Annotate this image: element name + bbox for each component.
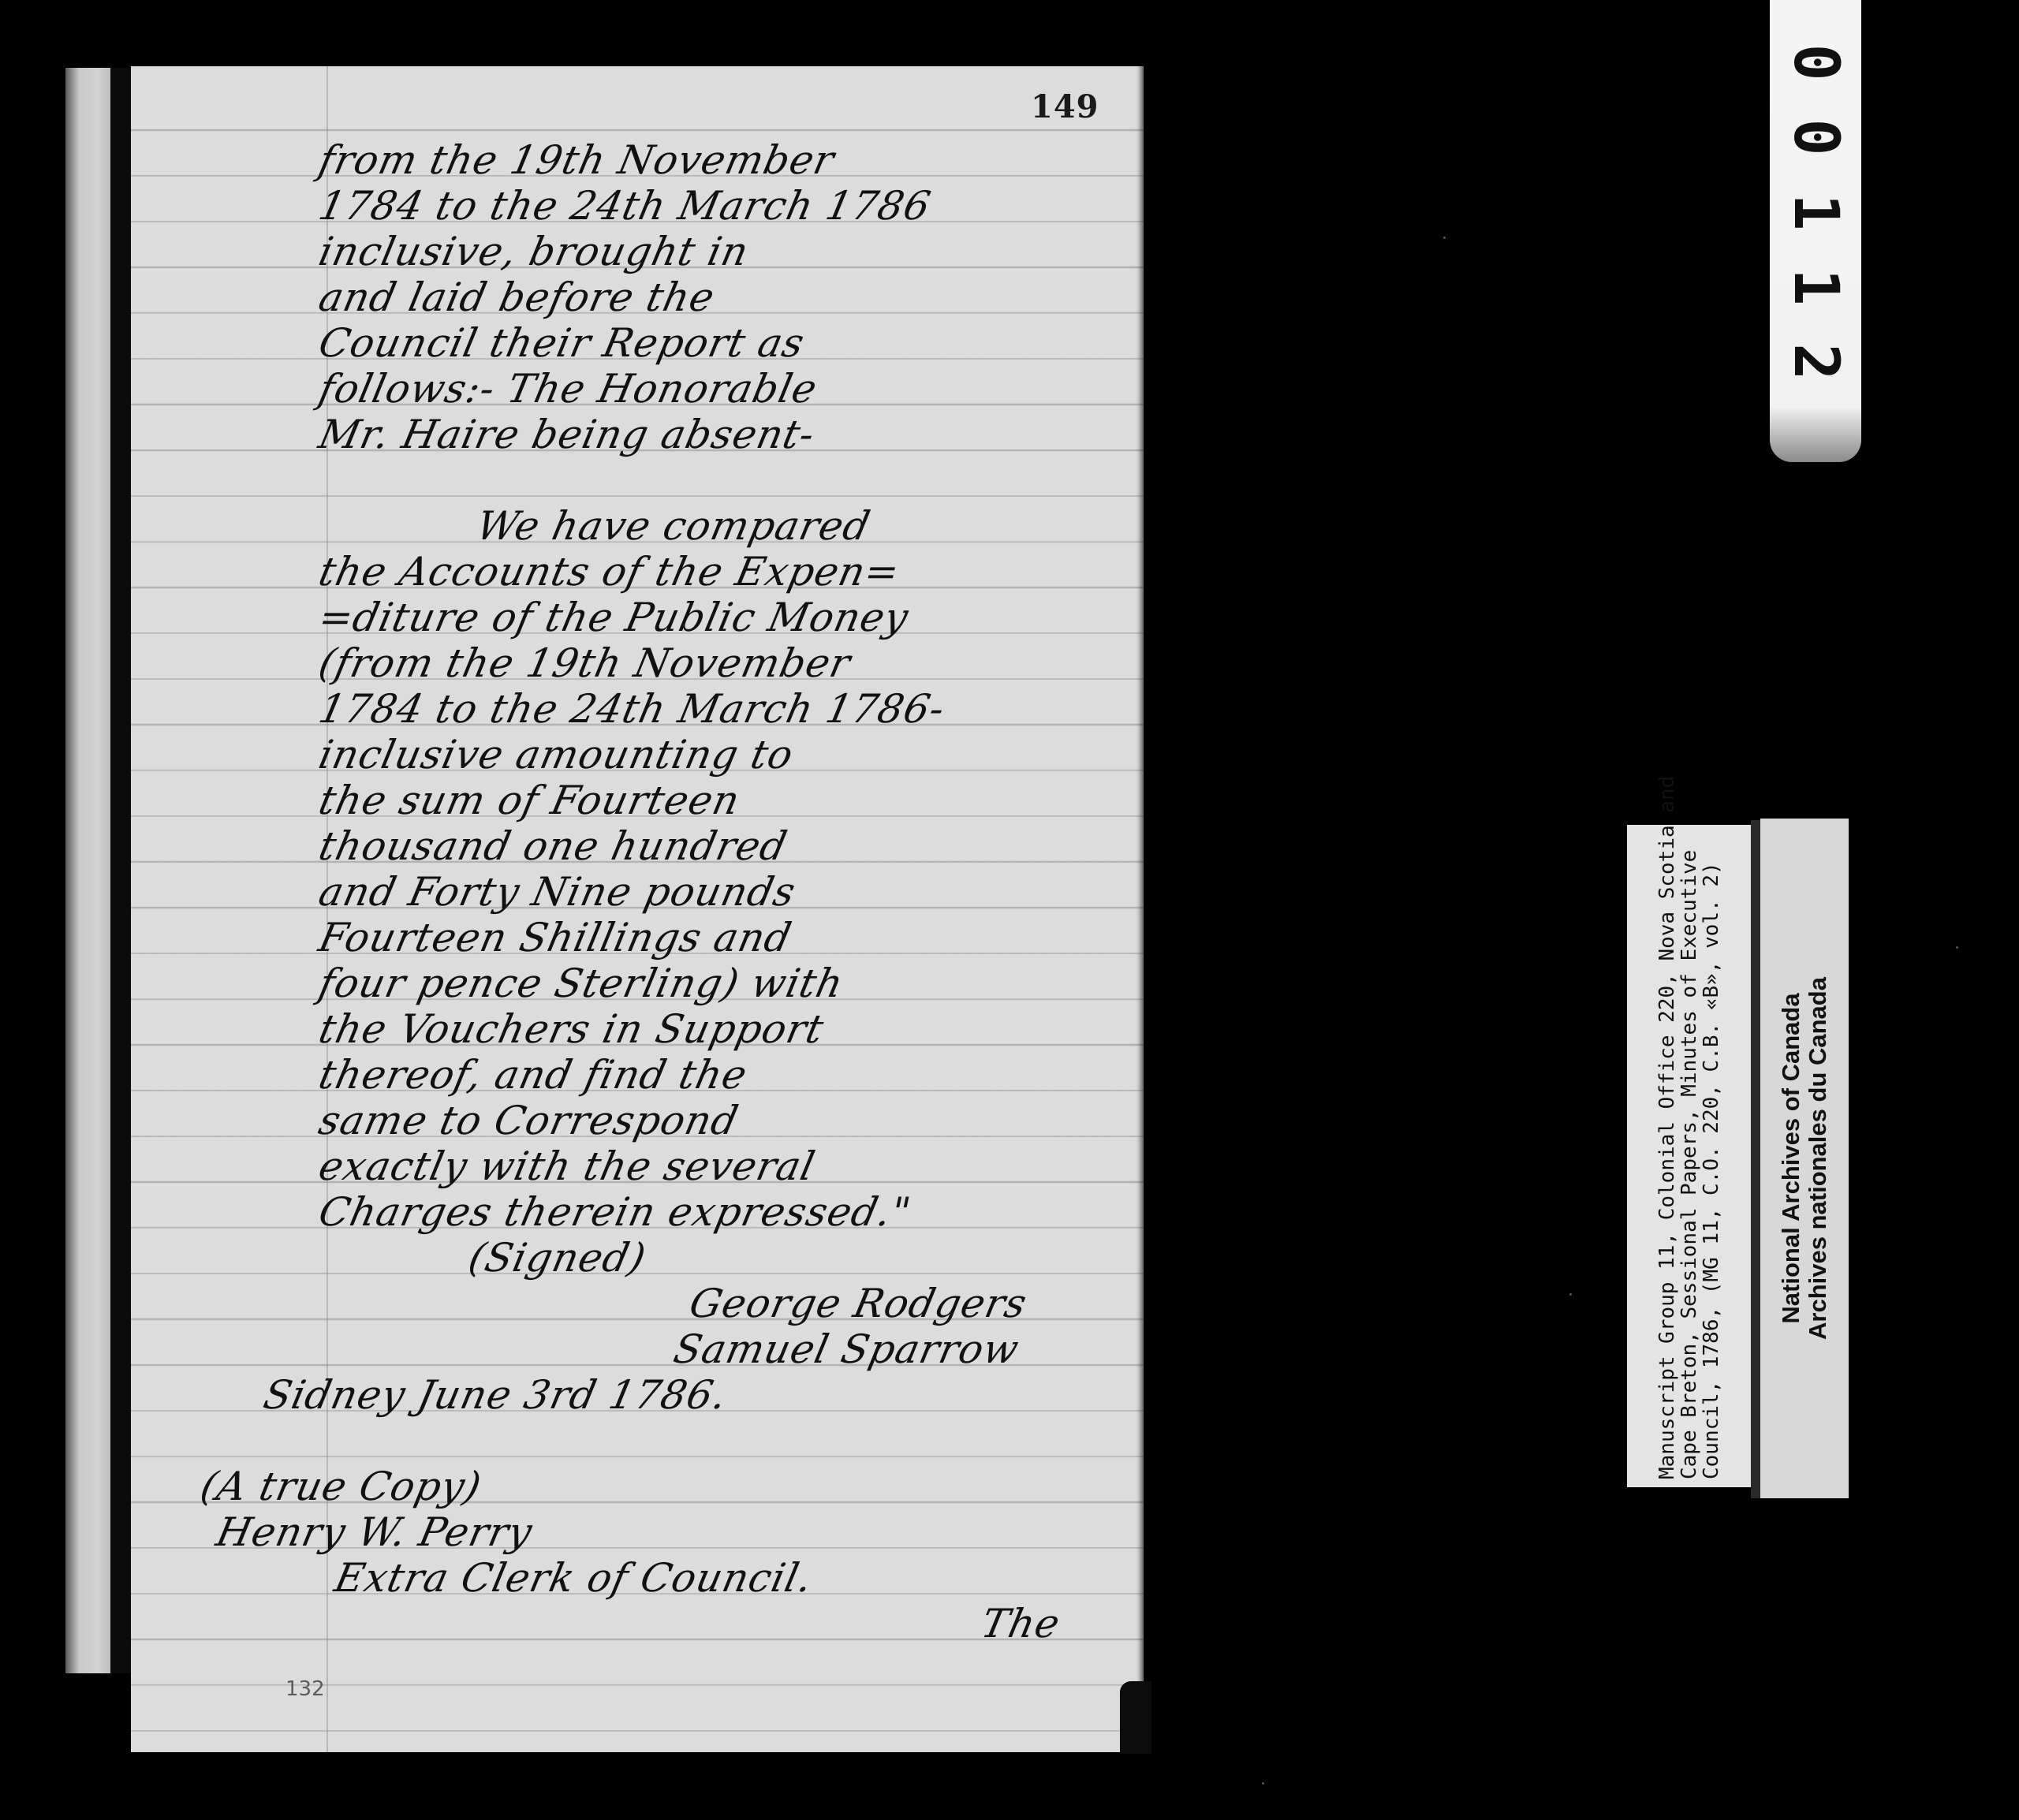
handwritten-line: the Vouchers in Support <box>315 1009 827 1049</box>
handwritten-line: Council their Report as <box>315 323 808 363</box>
handwritten-line: =diture of the Public Money <box>315 598 912 637</box>
frame-counter-number: 00112 <box>1780 44 1851 419</box>
pencil-folio-number: 132 <box>285 1677 325 1701</box>
handwritten-line: and Forty Nine pounds <box>315 872 799 912</box>
handwritten-line: We have compared <box>473 506 874 546</box>
reference-line-1: Manuscript Group 11, Colonial Office 220… <box>1656 833 1678 1479</box>
handwritten-line: Henry W. Perry <box>213 1512 536 1552</box>
reference-line-2: Cape Breton, Sessional Papers, Minutes o… <box>1678 833 1700 1479</box>
handwritten-line: four pence Sterling) with <box>315 964 847 1003</box>
binding-gutter <box>110 68 131 1673</box>
handwritten-line: follows:- The Honorable <box>315 369 821 408</box>
handwritten-line: exactly with the several <box>315 1147 819 1186</box>
handwritten-line: (Signed) <box>465 1238 650 1277</box>
handwritten-line: The <box>978 1604 1064 1643</box>
institution-label: National Archives of Canada Archives nat… <box>1760 819 1849 1498</box>
film-dust <box>1443 237 1446 239</box>
handwritten-line: inclusive amounting to <box>315 735 797 774</box>
handwritten-line: Sidney June 3rd 1786. <box>260 1375 731 1415</box>
handwritten-line: thousand one hundred <box>315 826 791 866</box>
handwritten-line: (A true Copy) <box>197 1467 485 1506</box>
reference-line-3: Council, 1786, (MG 11, C.O. 220, C.B. «B… <box>1700 833 1722 1479</box>
frame-counter-strip: 00112 <box>1770 0 1861 462</box>
handwritten-line: and laid before the <box>315 278 718 317</box>
handwritten-line: thereof, and find the <box>315 1055 751 1095</box>
film-dust <box>1569 1293 1572 1296</box>
handwritten-line: George Rodgers <box>686 1284 1031 1323</box>
handwritten-line: same to Correspond <box>315 1101 742 1140</box>
handwritten-line: the Accounts of the Expen= <box>315 552 903 591</box>
handwritten-line: (from the 19th November <box>315 643 854 683</box>
adjacent-page-edge <box>65 68 111 1673</box>
handwritten-line: Fourteen Shillings and <box>315 918 795 957</box>
handwritten-line: from the 19th November <box>315 140 838 180</box>
handwritten-line: the sum of Fourteen <box>315 781 744 820</box>
handwritten-line: 1784 to the 24th March 1786 <box>315 186 935 226</box>
film-dust <box>1262 1782 1264 1785</box>
handwritten-line: Samuel Sparrow <box>670 1330 1023 1369</box>
handwritten-line: inclusive, brought in <box>315 232 752 271</box>
handwritten-line: Extra Clerk of Council. <box>331 1558 816 1598</box>
handwritten-line: Mr. Haire being absent- <box>315 415 819 454</box>
reference-label: Manuscript Group 11, Colonial Office 220… <box>1627 825 1751 1487</box>
institution-name-fr: Archives nationales du Canada <box>1804 835 1831 1482</box>
film-dust <box>1956 946 1958 949</box>
institution-name-en: National Archives of Canada <box>1778 835 1804 1482</box>
handwritten-line: Charges therein expressed." <box>315 1192 915 1232</box>
handwritten-line: 1784 to the 24th March 1786- <box>315 689 949 729</box>
page-number: 149 <box>1031 88 1099 125</box>
page-corner-clip <box>1120 1681 1151 1754</box>
